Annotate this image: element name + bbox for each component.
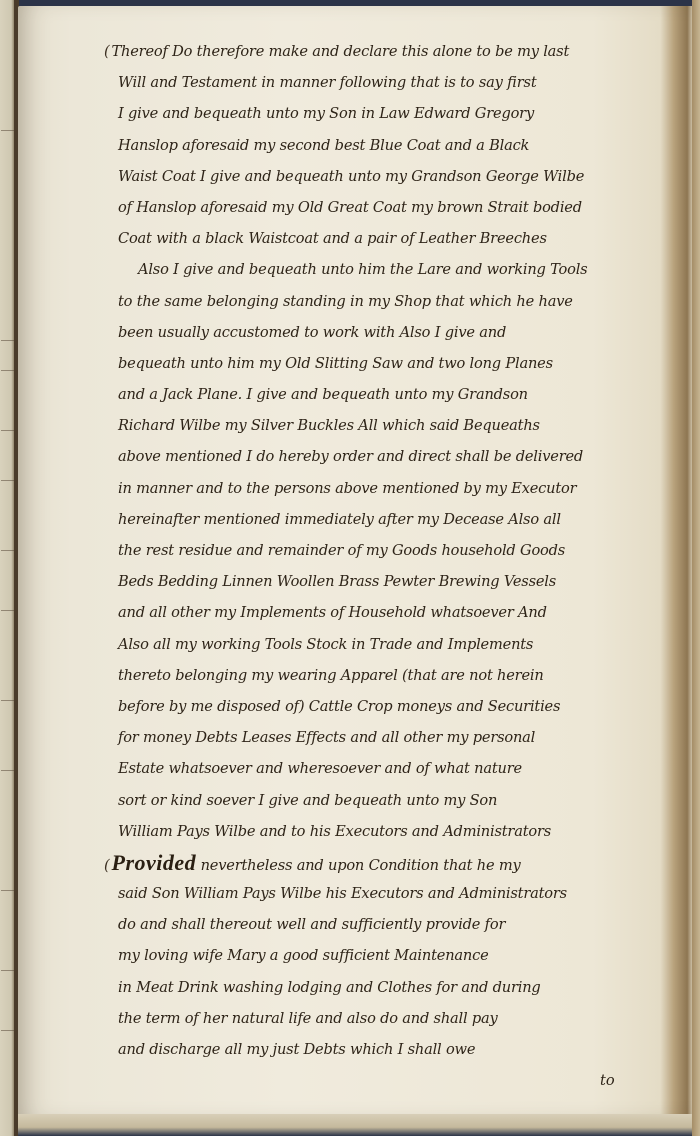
- bracket-mark: (: [104, 857, 110, 874]
- text-line: do and shall thereout well and sufficien…: [118, 909, 678, 940]
- text-line: hereinafter mentioned immediately after …: [118, 504, 678, 535]
- text-line: and a Jack Plane. I give and bequeath un…: [118, 379, 678, 410]
- provided-heading: Provided: [112, 850, 197, 875]
- text-line: above mentioned I do hereby order and di…: [118, 441, 678, 472]
- text-line: Also all my working Tools Stock in Trade…: [118, 629, 678, 660]
- provided-clause-line: (Provided nevertheless and upon Conditio…: [118, 847, 678, 878]
- text-line: Estate whatsoever and wheresoever and of…: [118, 753, 678, 784]
- text-line: my loving wife Mary a good sufficient Ma…: [118, 940, 678, 971]
- text-line: William Pays Wilbe and to his Executors …: [118, 816, 678, 847]
- text-line: the rest residue and remainder of my Goo…: [118, 535, 678, 566]
- text-line: in Meat Drink washing lodging and Clothe…: [118, 972, 678, 1003]
- page-right-edge: [692, 0, 700, 1136]
- text-line: Will and Testament in manner following t…: [118, 67, 678, 98]
- text-line: Coat with a black Waistcoat and a pair o…: [118, 223, 678, 254]
- text-line: I give and bequeath unto my Son in Law E…: [118, 98, 678, 129]
- text-line: been usually accustomed to work with Als…: [118, 317, 678, 348]
- page-bottom-edge: [18, 1114, 694, 1136]
- text-line: before by me disposed of) Cattle Crop mo…: [118, 691, 678, 722]
- text-line: sort or kind soever I give and bequeath …: [118, 785, 678, 816]
- text-line: Beds Bedding Linnen Woollen Brass Pewter…: [118, 566, 678, 597]
- text-line: for money Debts Leases Effects and all o…: [118, 722, 678, 753]
- will-text-body: (Thereof Do therefore make and declare t…: [118, 36, 678, 1065]
- text-line: said Son William Pays Wilbe his Executor…: [118, 878, 678, 909]
- text-line: Also I give and bequeath unto him the La…: [118, 254, 678, 285]
- text-line: in manner and to the persons above menti…: [118, 473, 678, 504]
- text-line: (Thereof Do therefore make and declare t…: [118, 36, 678, 67]
- text-line: of Hanslop aforesaid my Old Great Coat m…: [118, 192, 678, 223]
- text-line: and all other my Implements of Household…: [118, 597, 678, 628]
- text-line: Waist Coat I give and bequeath unto my G…: [118, 161, 678, 192]
- catchword: to: [600, 1072, 615, 1089]
- text-line: Richard Wilbe my Silver Buckles All whic…: [118, 410, 678, 441]
- text-line: to the same belonging standing in my Sho…: [118, 286, 678, 317]
- text-line: and discharge all my just Debts which I …: [118, 1034, 678, 1065]
- text-line: bequeath unto him my Old Slitting Saw an…: [118, 348, 678, 379]
- bracket-mark: (: [104, 43, 110, 60]
- text-line: the term of her natural life and also do…: [118, 1003, 678, 1034]
- text-line: Hanslop aforesaid my second best Blue Co…: [118, 130, 678, 161]
- text-line: thereto belonging my wearing Apparel (th…: [118, 660, 678, 691]
